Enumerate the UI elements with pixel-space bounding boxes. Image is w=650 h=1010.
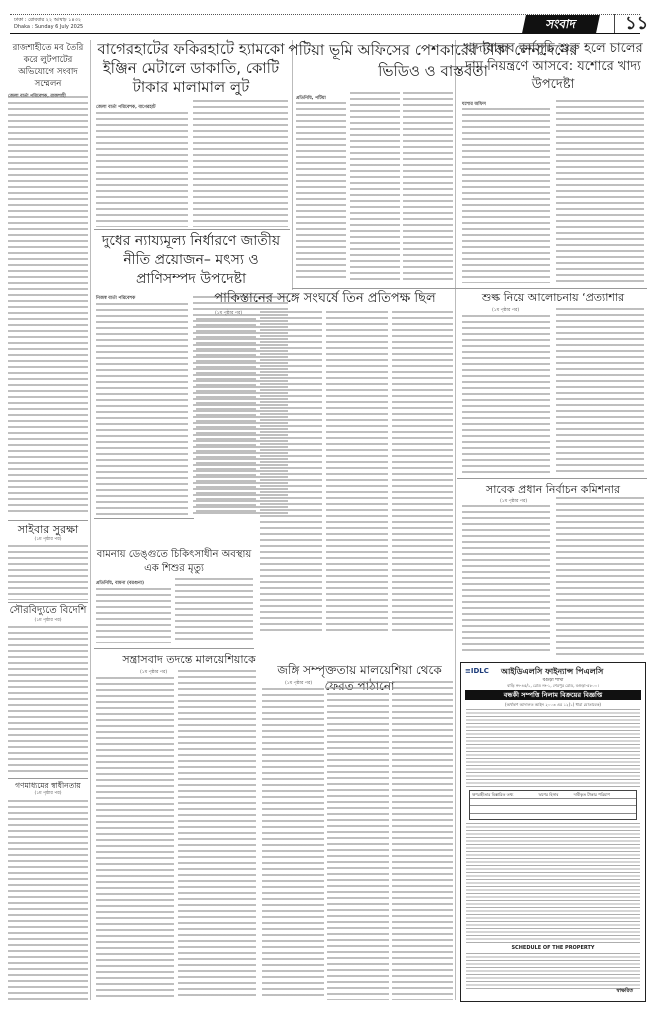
- article-body: [262, 688, 324, 1000]
- dateline-english: Dhaka : Sunday 6 July 2025: [14, 24, 83, 31]
- byline: নিজস্ব বার্তা পরিবেশক: [96, 295, 135, 302]
- page-number: ১১: [614, 14, 648, 34]
- article-jessore: খাদ্যবান্ধব কর্মসূচি শুরু হলে চালের দাম …: [460, 40, 646, 94]
- newspaper-logo: সংবাদ: [522, 15, 600, 33]
- section-divider: [292, 288, 457, 289]
- headline: শুল্ক নিয়ে আলোচনায় ‘প্রত্যাশার: [460, 290, 646, 305]
- section-divider: [8, 778, 88, 779]
- article-body: [260, 311, 322, 631]
- article-body: [196, 318, 256, 513]
- ad-address: বাড়ি নং-৪৫/১, রোড নং-১, শেরপুর রোড, বগু…: [461, 683, 645, 690]
- article-body: [8, 800, 88, 1000]
- ad-signature: স্বাক্ষরিত: [617, 988, 633, 996]
- ad-notice-title: বন্ধকী সম্পত্তি নিলাম বিক্রয়ের বিজ্ঞপ্ত…: [465, 690, 641, 700]
- article-solar: সৌরবিদ্যুতে বিদেশি (১ম পৃষ্ঠার পর): [8, 604, 88, 624]
- article-body: [8, 626, 88, 776]
- headline: সৌরবিদ্যুতে বিদেশি: [8, 604, 88, 618]
- jump-line: (১ম পৃষ্ঠার পর): [8, 791, 88, 797]
- headline: খাদ্যবান্ধব কর্মসূচি শুরু হলে চালের দাম …: [460, 40, 646, 94]
- article-bagerhat: বাগেরহাটের ফকিরহাটে হ্যামকো ইঞ্জিন মেটাল…: [94, 40, 288, 97]
- article-milk: দুধের ন্যায্যমূল্য নির্ধারণে জাতীয় নীতি…: [94, 232, 288, 289]
- section-divider: [8, 520, 88, 521]
- article-terror: সন্ত্রাসবাদ তদন্তে মালয়েশিয়াকে: [94, 652, 284, 667]
- article-body: [96, 677, 174, 1000]
- headline: বাগেরহাটের ফকিরহাটে হ্যামকো ইঞ্জিন মেটাল…: [94, 40, 288, 97]
- masthead-rule: [10, 33, 640, 34]
- column-divider: [455, 40, 456, 1000]
- headline: গণমাধ্যমের স্বাধীনতায়: [8, 780, 88, 791]
- dateline: ঢাকা : রোববার ২২ আষাঢ় ১৪৩২ Dhaka : Sund…: [14, 17, 83, 31]
- section-divider: [457, 288, 647, 289]
- article-body: [462, 505, 550, 655]
- section-divider: [94, 648, 254, 649]
- headline: দুধের ন্যায্যমূল্য নির্ধারণে জাতীয় নীতি…: [94, 232, 288, 289]
- article-body: [462, 315, 550, 475]
- article-patiya: পটিয়া ভূমি অফিসের পেশকারের টাকা লেনদেনে…: [296, 40, 454, 82]
- article-rajshahi: রাজশাহীতে মব তৈরি করে লুটপাটের অভিযোগে স…: [8, 42, 88, 102]
- article-body: [462, 108, 550, 283]
- jump-line: (১ম পৃষ্ঠার পর): [8, 618, 88, 624]
- dateline-bengali: ঢাকা : রোববার ২২ আষাঢ় ১৪৩২: [14, 17, 83, 24]
- byline: জেলা বার্তা পরিবেশক, বাগেরহাট: [96, 104, 156, 111]
- article-body: [350, 92, 400, 282]
- headline: বামনায় ডেঙ্গুতে চিকিৎসাধীন অবস্থায় এক …: [94, 548, 254, 576]
- article-body: [178, 670, 256, 1000]
- headline: পাকিস্তানের সঙ্গে সংঘর্ষে তিন প্রতিপক্ষ …: [196, 290, 454, 308]
- article-body: [556, 497, 644, 655]
- article-body: [175, 578, 253, 643]
- headline: রাজশাহীতে মব তৈরি করে লুটপাটের অভিযোগে স…: [8, 42, 88, 90]
- byline: প্রতিনিধি, পটিয়া: [296, 95, 326, 102]
- article-body: [193, 100, 288, 227]
- section-divider: [94, 229, 290, 230]
- article-body: [327, 681, 389, 1000]
- article-body: [96, 588, 171, 643]
- article-body: [556, 308, 644, 475]
- article-body: [96, 303, 188, 518]
- idlc-logo: ≡IDLC: [465, 667, 489, 675]
- section-divider: [457, 478, 647, 479]
- jump-line: (১ম পৃষ্ঠার পর): [492, 308, 519, 314]
- article-tariff: শুল্ক নিয়ে আলোচনায় ‘প্রত্যাশার: [460, 290, 646, 305]
- ad-table-row: [470, 806, 636, 814]
- article-body: [403, 92, 453, 282]
- jump-line: (১ম পৃষ্ঠার পর): [215, 311, 242, 317]
- ad-table-row: [470, 814, 636, 822]
- headline: সাবেক প্রধান নির্বাচন কমিশনার: [460, 482, 646, 497]
- article-cyber: সাইবার সুরক্ষা (১ম পৃষ্ঠার পর): [8, 522, 88, 543]
- article-body: [296, 102, 346, 282]
- ad-body-text: [466, 709, 640, 787]
- ad-schedule-title: SCHEDULE OF THE PROPERTY: [461, 945, 645, 951]
- article-body: [96, 112, 188, 227]
- jump-line: (১ম পৃষ্ঠার পর): [8, 537, 88, 543]
- idlc-auction-notice-ad: ≡IDLC আইডিএলসি ফাইন্যান্স পিএলসি বগুড়া …: [460, 662, 646, 1002]
- article-dengue: বামনায় ডেঙ্গুতে চিকিৎসাধীন অবস্থায় এক …: [94, 548, 254, 576]
- ad-notice-subtitle: (অর্থঋণ আদালত আইন ২০০৩ এর ১২(১) ধারা মোত…: [461, 702, 645, 709]
- article-pakistan: পাকিস্তানের সঙ্গে সংঘর্ষে তিন প্রতিপক্ষ …: [196, 290, 454, 308]
- headline: সাইবার সুরক্ষা: [8, 522, 88, 537]
- section-divider: [8, 602, 88, 603]
- ad-borrower-table: ঋণগ্রহীতার বিস্তারিত তথ্য ঋণের হিসাব দাব…: [469, 790, 637, 820]
- article-body: [8, 96, 88, 516]
- article-body: [392, 681, 453, 1000]
- ad-table-header: ঋণগ্রহীতার বিস্তারিত তথ্য ঋণের হিসাব দাব…: [470, 791, 636, 799]
- article-body: [8, 545, 88, 600]
- byline: যশোর অফিস: [462, 101, 486, 108]
- article-press: গণমাধ্যমের স্বাধীনতায় (১ম পৃষ্ঠার পর): [8, 780, 88, 797]
- ad-body-text: [466, 823, 640, 943]
- ad-table-row: [470, 799, 636, 807]
- article-body: [556, 100, 644, 283]
- article-ec: সাবেক প্রধান নির্বাচন কমিশনার: [460, 482, 646, 497]
- article-body: [326, 311, 388, 631]
- ad-schedule-text: [466, 953, 640, 989]
- jump-line: (১ম পৃষ্ঠার পর): [140, 670, 167, 676]
- column-divider: [90, 40, 91, 1000]
- article-body: [392, 311, 453, 631]
- byline: প্রতিনিধি, বামনা (বরগুনা): [96, 580, 144, 587]
- section-divider: [94, 518, 194, 519]
- jump-line: (১ম পৃষ্ঠার পর): [285, 681, 312, 687]
- headline: সন্ত্রাসবাদ তদন্তে মালয়েশিয়াকে: [94, 652, 284, 667]
